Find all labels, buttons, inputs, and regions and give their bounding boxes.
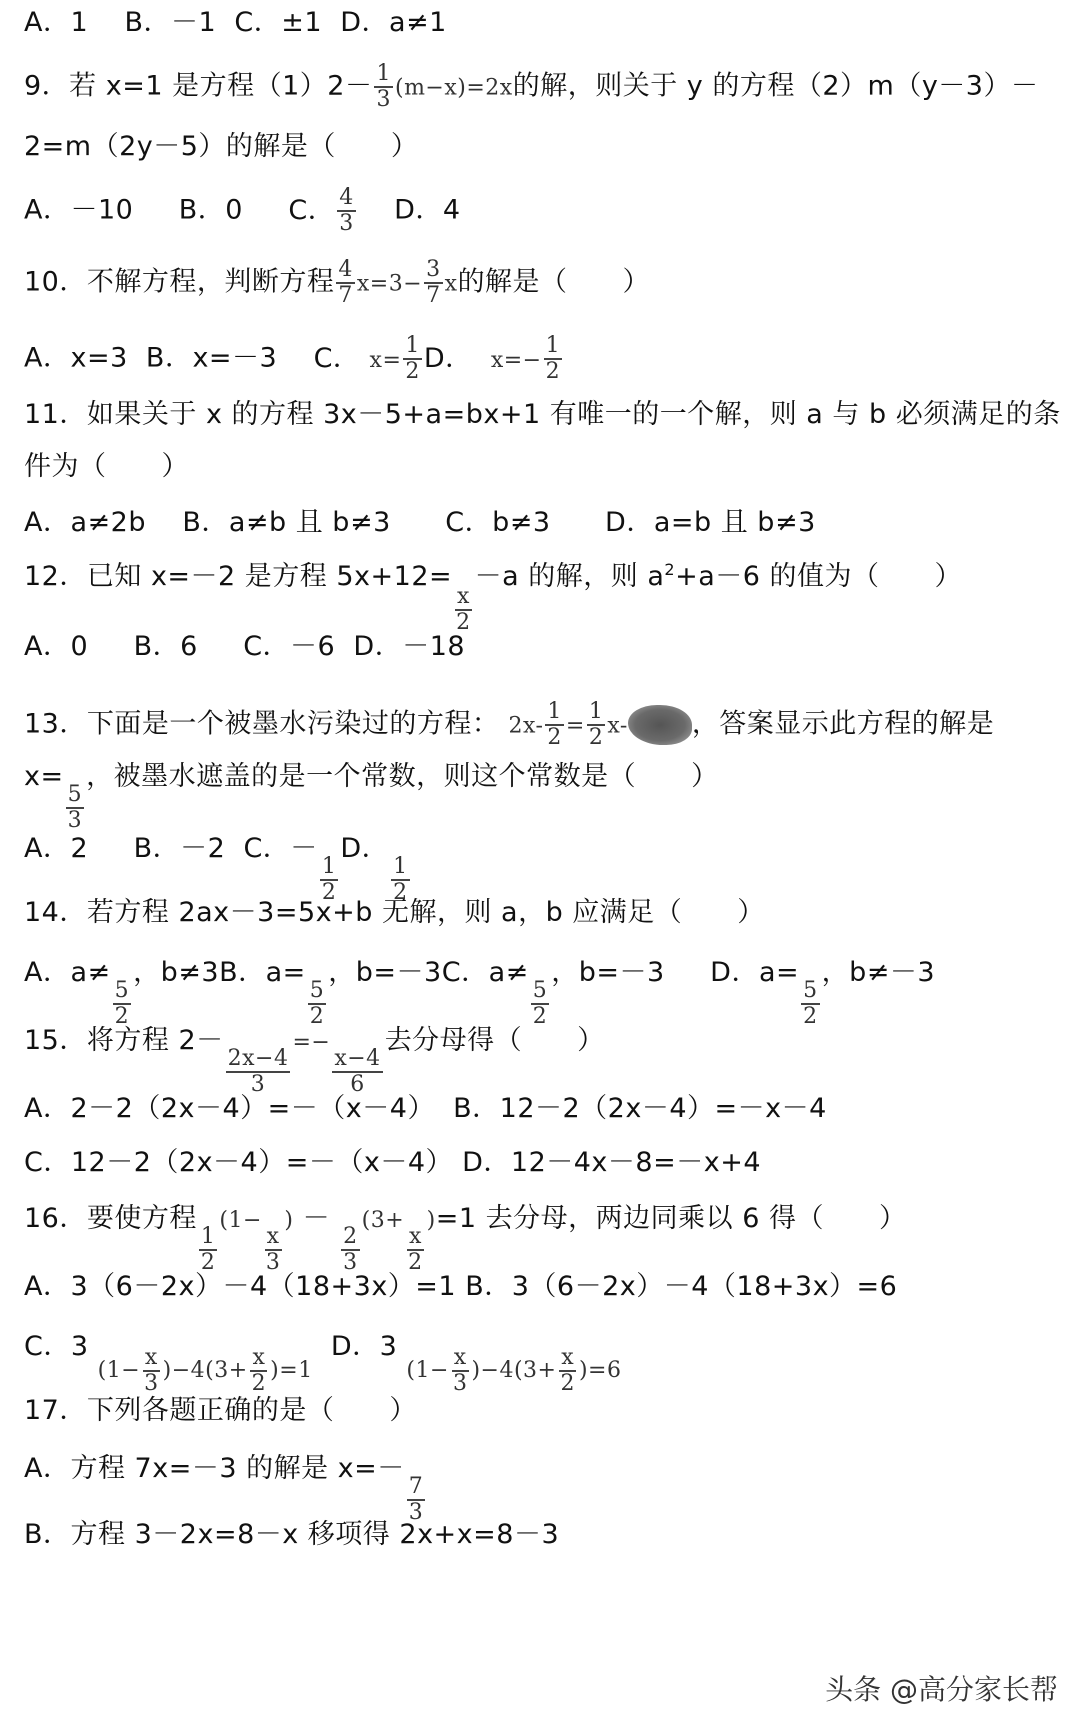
option-b: B．－2	[134, 833, 226, 864]
option-b: B．a=52，b=－3	[219, 957, 442, 988]
q16-options-row2: C．3 (1−x3)−4(3+x2)=1 D．3 (1−x3)−4(3+x2)=…	[24, 1330, 621, 1396]
q12-stem: 12．已知 x=－2 是方程 5x+12=x2－a 的解，则 a2+a－6 的值…	[24, 560, 962, 635]
option-b: B．0	[179, 195, 243, 226]
q17-option-a: A．方程 7x=－3 的解是 x=－73	[24, 1452, 427, 1525]
q14-stem: 14．若方程 2ax－3=5x+b 无解，则 a，b 应满足（ ）	[24, 896, 765, 930]
option-c: C．a≠52，b=－3	[442, 957, 665, 988]
option-c: C．b≠3	[445, 507, 550, 538]
option-c: C．±1	[234, 7, 322, 38]
q10-stem: 10．不解方程，判断方程47x=3−37x的解是（ ）	[24, 258, 650, 308]
q14-options: A．a≠52，b≠3B．a=52，b=－3C．a≠52，b=－3 D．a=52，…	[24, 956, 935, 1029]
q9-stem: 9．若 x=1 是方程（1）2－13(m−x)=2x的解，则关于 y 的方程（2…	[24, 62, 1038, 112]
option-a: A．x=3	[24, 343, 128, 374]
option-d: D． x=−12	[424, 343, 564, 374]
option-a: A．a≠52，b≠3	[24, 957, 219, 988]
q11-stem-line2: 件为（ ）	[24, 450, 189, 484]
q13-stem: 13．下面是一个被墨水污染过的方程： 2x-12=12x-，答案显示此方程的解是	[24, 700, 994, 750]
option-c: C．－6	[243, 631, 335, 662]
option-b: B．a≠b 且 b≠3	[182, 507, 390, 538]
option-a: A．－10	[24, 195, 133, 226]
q13-stem-line2: x=53，被墨水遮盖的是一个常数，则这个常数是（ ）	[24, 760, 719, 833]
option-c: C．43	[288, 195, 357, 226]
option-a: A．2－2（2x－4）=－（x－4）	[24, 1093, 435, 1124]
option-b: B．6	[134, 631, 198, 662]
q17-option-b: B．方程 3－2x=8－x 移项得 2x+x=8－3	[24, 1518, 559, 1552]
option-d: D．a≠1	[340, 7, 447, 38]
q11-stem: 11．如果关于 x 的方程 3x－5+a=bx+1 有唯一的一个解，则 a 与 …	[24, 398, 1061, 432]
q13-options: A．2 B．－2 C．－12D．12	[24, 832, 412, 905]
q15-options-row2: C．12－2（2x－4）=－（x－4） D．12－4x－8=－x+4	[24, 1146, 761, 1180]
option-b: B．3（6－2x）－4（18+3x）=6	[465, 1271, 897, 1302]
option-c: C． x=12	[314, 343, 424, 374]
q16-stem: 16．要使方程12(1−x3) － 23(3+x2)=1 去分母，两边同乘以 6…	[24, 1202, 907, 1275]
option-a: A．0	[24, 631, 88, 662]
q16-options-row1: A．3（6－2x）－4（18+3x）=1 B．3（6－2x）－4（18+3x）=…	[24, 1270, 897, 1304]
q15-stem: 15．将方程 2－2x−43=−x−46去分母得（ ）	[24, 1024, 605, 1097]
q17-stem: 17．下列各题正确的是（ ）	[24, 1394, 417, 1428]
fraction: 13	[374, 62, 393, 112]
option-a: A．1	[24, 7, 88, 38]
q11-options: A．a≠2b B．a≠b 且 b≠3 C．b≠3 D．a=b 且 b≠3	[24, 506, 816, 540]
option-d: D．a=52，b≠－3	[710, 957, 935, 988]
option-c: C．－12	[243, 833, 340, 864]
ink-blot	[628, 705, 692, 745]
q9-stem-line2: 2=m（2y－5）的解是（ ）	[24, 130, 418, 164]
option-a: A．2	[24, 833, 88, 864]
option-a: A．3（6－2x）－4（18+3x）=1	[24, 1271, 456, 1302]
watermark: 头条 @高分家长帮	[825, 1668, 1058, 1708]
option-a: A．a≠2b	[24, 507, 146, 538]
option-d: D．12	[340, 833, 411, 864]
q9-options: A．－10 B．0 C．43 D．4	[24, 186, 461, 236]
q10-options: A．x=3 B．x=－3 C． x=12D． x=−12	[24, 334, 564, 384]
option-c: C．12－2（2x－4）=－（x－4）	[24, 1147, 453, 1178]
option-d: D．12－4x－8=－x+4	[462, 1147, 761, 1178]
option-b: B．x=－3	[146, 343, 277, 374]
q8-options: A．1 B．－1 C．±1 D．a≠1	[24, 6, 447, 40]
option-b: B．12－2（2x－4）=－x－4	[453, 1093, 827, 1124]
option-d: D．a=b 且 b≠3	[605, 507, 816, 538]
option-c: C．3 (1−x3)−4(3+x2)=1	[24, 1331, 313, 1362]
option-d: D．4	[394, 195, 460, 226]
option-d: D．－18	[353, 631, 465, 662]
q15-options-row1: A．2－2（2x－4）=－（x－4） B．12－2（2x－4）=－x－4	[24, 1092, 827, 1126]
option-b: B．－1	[125, 7, 217, 38]
option-d: D．3 (1−x3)−4(3+x2)=6	[331, 1331, 622, 1362]
q12-options: A．0 B．6 C．－6 D．－18	[24, 630, 465, 664]
